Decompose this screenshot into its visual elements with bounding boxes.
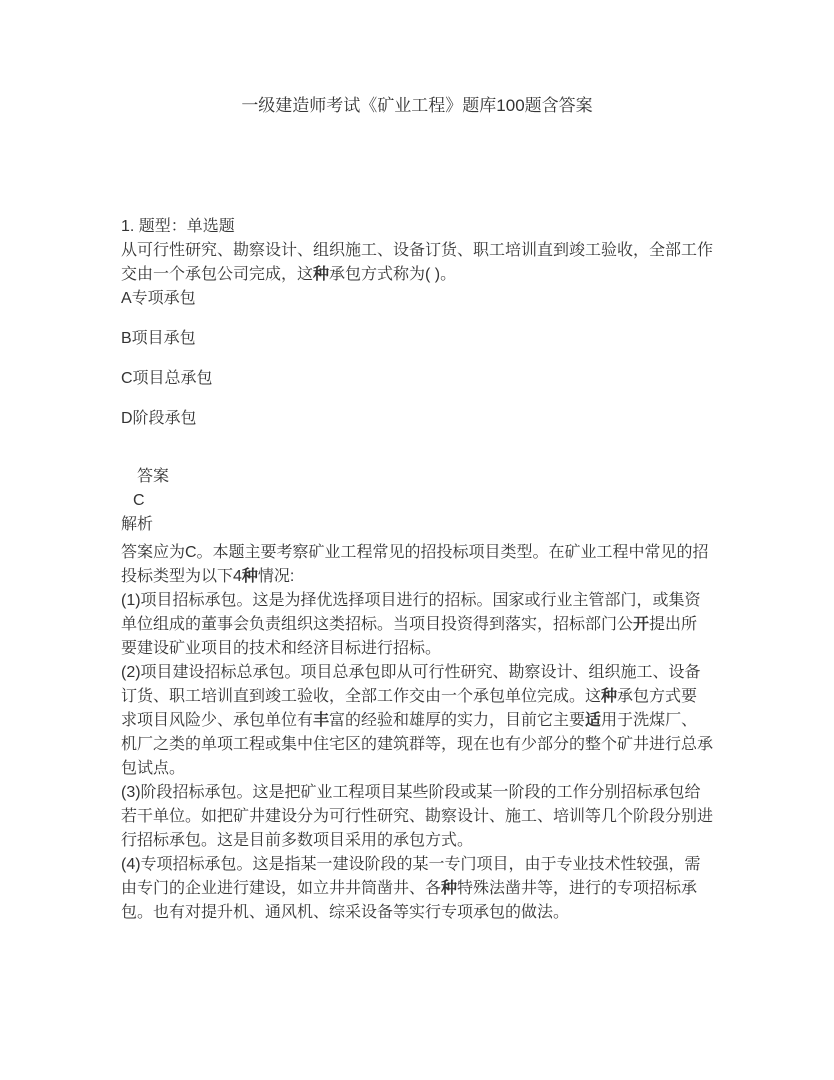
question-stem: 从可行性研究、勘察设计、组织施工、设备订货、职工培训直到竣工验收，全部工作交由一…	[121, 239, 713, 287]
document-title: 一级建造师考试《矿业工程》题库100题含答案	[0, 0, 834, 118]
option-b: B项目承包	[121, 327, 713, 351]
option-a: A专项承包	[121, 287, 713, 311]
analysis-paragraph-1: 答案应为C。本题主要考察矿业工程常见的招投标项目类型。在矿业工程中常见的招投标类…	[121, 541, 713, 589]
exam-document-page: 一级建造师考试《矿业工程》题库100题含答案 1. 题型：单选题 从可行性研究、…	[0, 0, 834, 1080]
analysis-paragraph-4: (3)阶段招标承包。这是把矿业工程项目某些阶段或某一阶段的工作分别招标承包给若干…	[121, 781, 713, 853]
answer-value: C	[121, 489, 713, 513]
analysis-heading: 解析	[121, 513, 713, 537]
analysis-paragraph-2: (1)项目招标承包。这是为择优选择项目进行的招标。国家或行业主管部门，或集资单位…	[121, 589, 713, 661]
option-d: D阶段承包	[121, 407, 713, 431]
analysis-paragraph-5: (4)专项招标承包。这是指某一建设阶段的某一专门项目，由于专业技术性较强，需由专…	[121, 853, 713, 925]
option-c: C项目总承包	[121, 367, 713, 391]
question-type-line: 1. 题型：单选题	[121, 215, 713, 239]
answer-heading: 答案	[121, 465, 713, 489]
analysis-paragraph-3: (2)项目建设招标总承包。项目总承包即从可行性研究、勘察设计、组织施工、设备订货…	[121, 661, 713, 781]
document-content: 1. 题型：单选题 从可行性研究、勘察设计、组织施工、设备订货、职工培训直到竣工…	[121, 215, 713, 925]
analysis-body: 答案应为C。本题主要考察矿业工程常见的招投标项目类型。在矿业工程中常见的招投标类…	[121, 541, 713, 925]
